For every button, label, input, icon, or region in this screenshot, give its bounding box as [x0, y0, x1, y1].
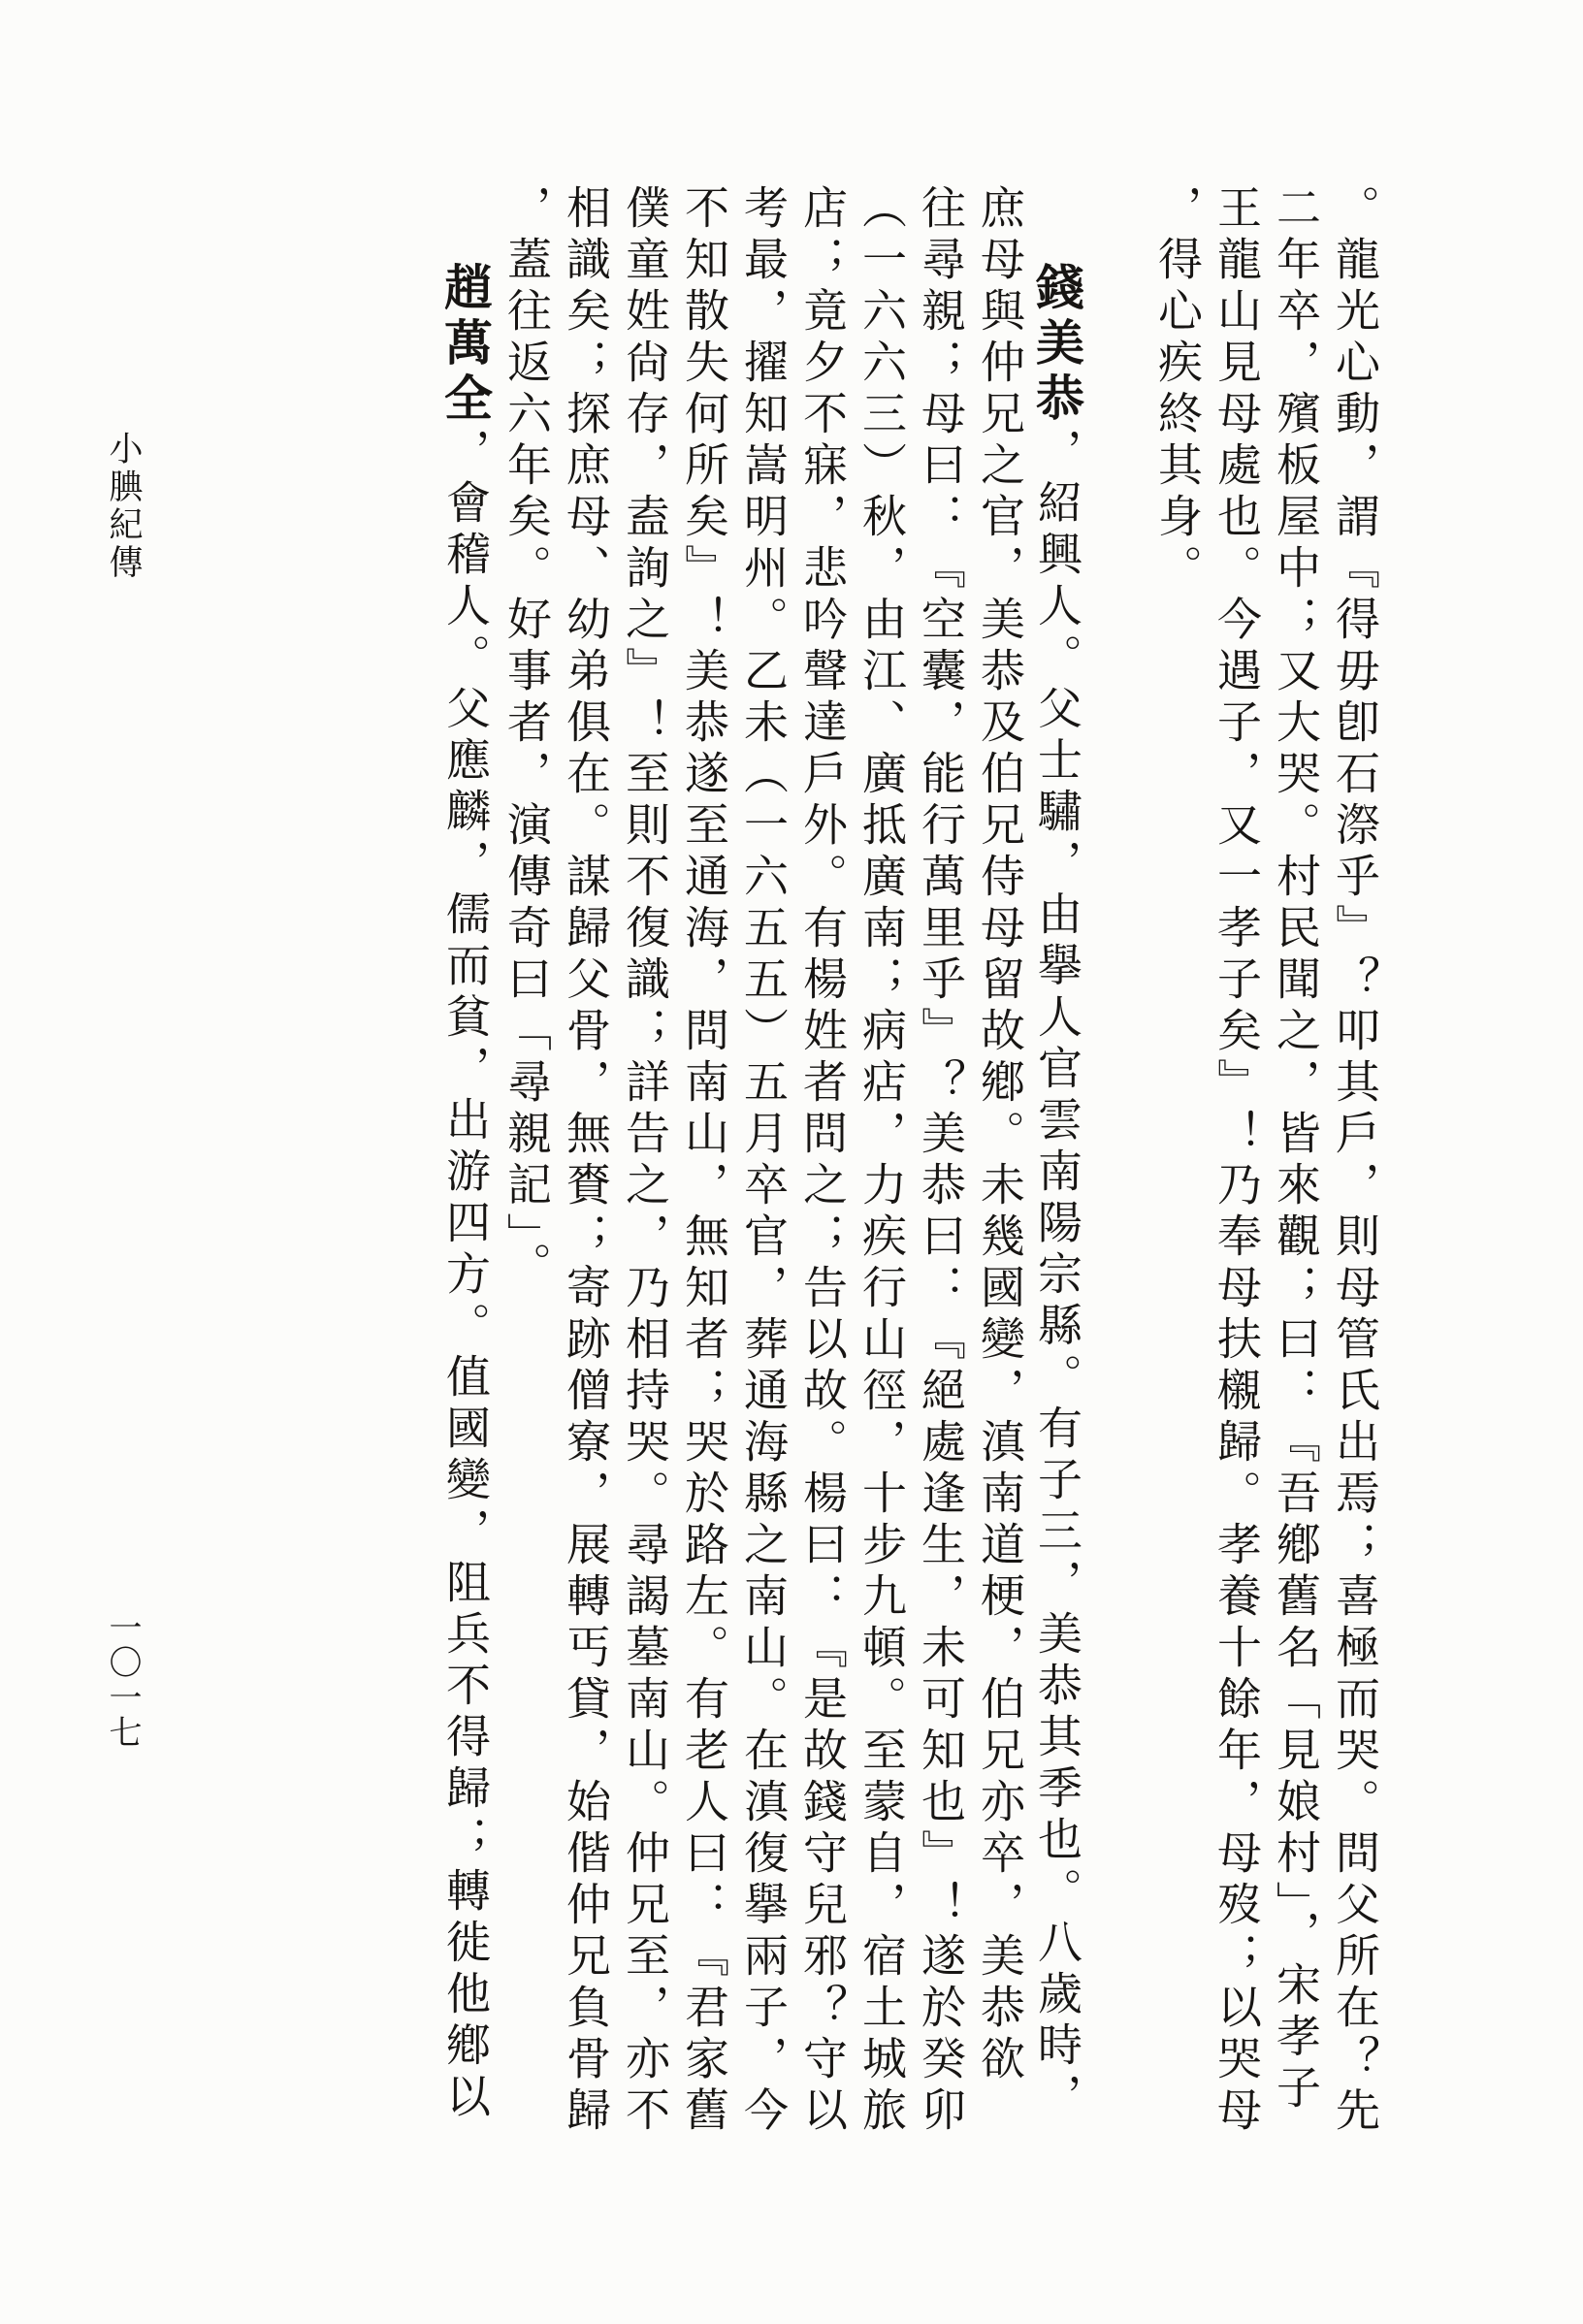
entry-headword: 趙萬全 [437, 262, 492, 428]
column-text: ，蓋往返六年矣。好事者，演傳奇曰「尋親記」。 [501, 184, 551, 1293]
column-text: 王龍山見母處也。今遇子，又一孝子矣』！乃奉母扶櫬歸。孝養十餘年，母歿；以哭母 [1211, 184, 1261, 2138]
column-text: ，紹興人。父士驌，由擧人官雲南陽宗縣。有子三，美恭其季也。八歲時， [1032, 428, 1082, 2124]
column-text: 不知散失何所矣』！美恭遂至通海，問南山，無知者；哭於路左。有老人曰：『君家舊 [679, 184, 728, 2138]
text-column: ，得心疾終其身。 [1154, 184, 1199, 2146]
column-text: （一六六三）秋，由江、廣抵廣南；病痁，力疾行山徑，十步九頓。至蒙自，宿土城旅 [856, 184, 906, 2138]
text-column: 考最，擢知嵩明州。乙未（一六五五）五月卒官，葬通海縣之南山。在滇復擧兩子，今 [740, 184, 785, 2146]
column-text: 。龍光心動，謂『得毋卽石漈乎』？叩其戶，則母管氏出焉；喜極而哭。問父所在？先 [1330, 184, 1379, 2138]
column-text: 考最，擢知嵩明州。乙未（一六五五）五月卒官，葬通海縣之南山。在滇復擧兩子，今 [738, 184, 788, 2138]
entry-headword: 錢美恭 [1029, 262, 1083, 428]
column-text: ，會稽人。父應麟，儒而貧，出游四方。值國變，阻兵不得歸；轉徙他鄕以 [440, 428, 490, 2124]
text-column: 王龍山見母處也。今遇子，又一孝子矣』！乃奉母扶櫬歸。孝養十餘年，母歿；以哭母 [1213, 184, 1258, 2146]
text-columns: 。龍光心動，謂『得毋卽石漈乎』？叩其戶，則母管氏出焉；喜極而哭。問父所在？先二年… [430, 184, 1391, 2146]
column-text: 僕童姓尙存，盍詢之』！至則不復識；詳告之，乃相持哭。尋謁墓南山。仲兄至，亦不 [620, 184, 669, 2138]
column-text: 庶母與仲兄之官，美恭及伯兄侍母留故鄕。未幾國變，滇南道梗，伯兄亦卒，美恭欲 [975, 184, 1024, 2086]
text-column: 僕童姓尙存，盍詢之』！至則不復識；詳告之，乃相持哭。尋謁墓南山。仲兄至，亦不 [622, 184, 666, 2146]
page-number: 一〇一七 [105, 1610, 138, 1750]
text-column: 往尋親；母曰：『空囊，能行萬里乎』？美恭曰：『絕處逢生，未可知也』！遂於癸卯 [918, 184, 962, 2146]
text-column: ，蓋往返六年矣。好事者，演傳奇曰「尋親記」。 [503, 184, 548, 2146]
text-column: 。龍光心動，謂『得毋卽石漈乎』？叩其戶，則母管氏出焉；喜極而哭。問父所在？先 [1332, 184, 1376, 2146]
text-column: 相識矣；探庶母、幼弟俱在。謀歸父骨，無賚；寄跡僧寮，展轉丐貸，始偕仲兄負骨歸 [563, 184, 607, 2146]
column-text: 相識矣；探庶母、幼弟俱在。謀歸父骨，無賚；寄跡僧寮，展轉丐貸，始偕仲兄負骨歸 [561, 184, 610, 2138]
text-column: 錢美恭，紹興人。父士驌，由擧人官雲南陽宗縣。有子三，美恭其季也。八歲時， [1036, 184, 1081, 2146]
column-text: ，得心疾終其身。 [1152, 184, 1202, 596]
text-column: 趙萬全，會稽人。父應麟，儒而貧，出游四方。值國變，阻兵不得歸；轉徙他鄕以 [444, 184, 489, 2146]
text-column: 不知散失何所矣』！美恭遂至通海，問南山，無知者；哭於路左。有老人曰：『君家舊 [681, 184, 726, 2146]
column-text: 二年卒，殯板屋中；又大哭。村民聞之，皆來觀；曰：『吾鄕舊名「見娘村」，宋孝子 [1271, 184, 1320, 2115]
text-column: 庶母與仲兄之官，美恭及伯兄侍母留故鄕。未幾國變，滇南道梗，伯兄亦卒，美恭欲 [977, 184, 1021, 2146]
column-text: 店；竟夕不寐，悲吟聲達戶外。有楊姓者問之；告以故。楊曰：『是故錢守兒邪？守以 [797, 184, 847, 2138]
column-spacer [1095, 184, 1140, 2146]
text-column: （一六六三）秋，由江、廣抵廣南；病痁，力疾行山徑，十步九頓。至蒙自，宿土城旅 [858, 184, 903, 2146]
scanned-book-page: { "page": { "margin_title": "小腆紀傳", "pag… [0, 0, 1583, 2324]
margin-book-title: 小腆紀傳 [107, 431, 141, 582]
column-text: 往尋親；母曰：『空囊，能行萬里乎』？美恭曰：『絕處逢生，未可知也』！遂於癸卯 [916, 184, 965, 2138]
text-column: 二年卒，殯板屋中；又大哭。村民聞之，皆來觀；曰：『吾鄕舊名「見娘村」，宋孝子 [1273, 184, 1317, 2146]
text-column: 店；竟夕不寐，悲吟聲達戶外。有楊姓者問之；告以故。楊曰：『是故錢守兒邪？守以 [799, 184, 844, 2146]
